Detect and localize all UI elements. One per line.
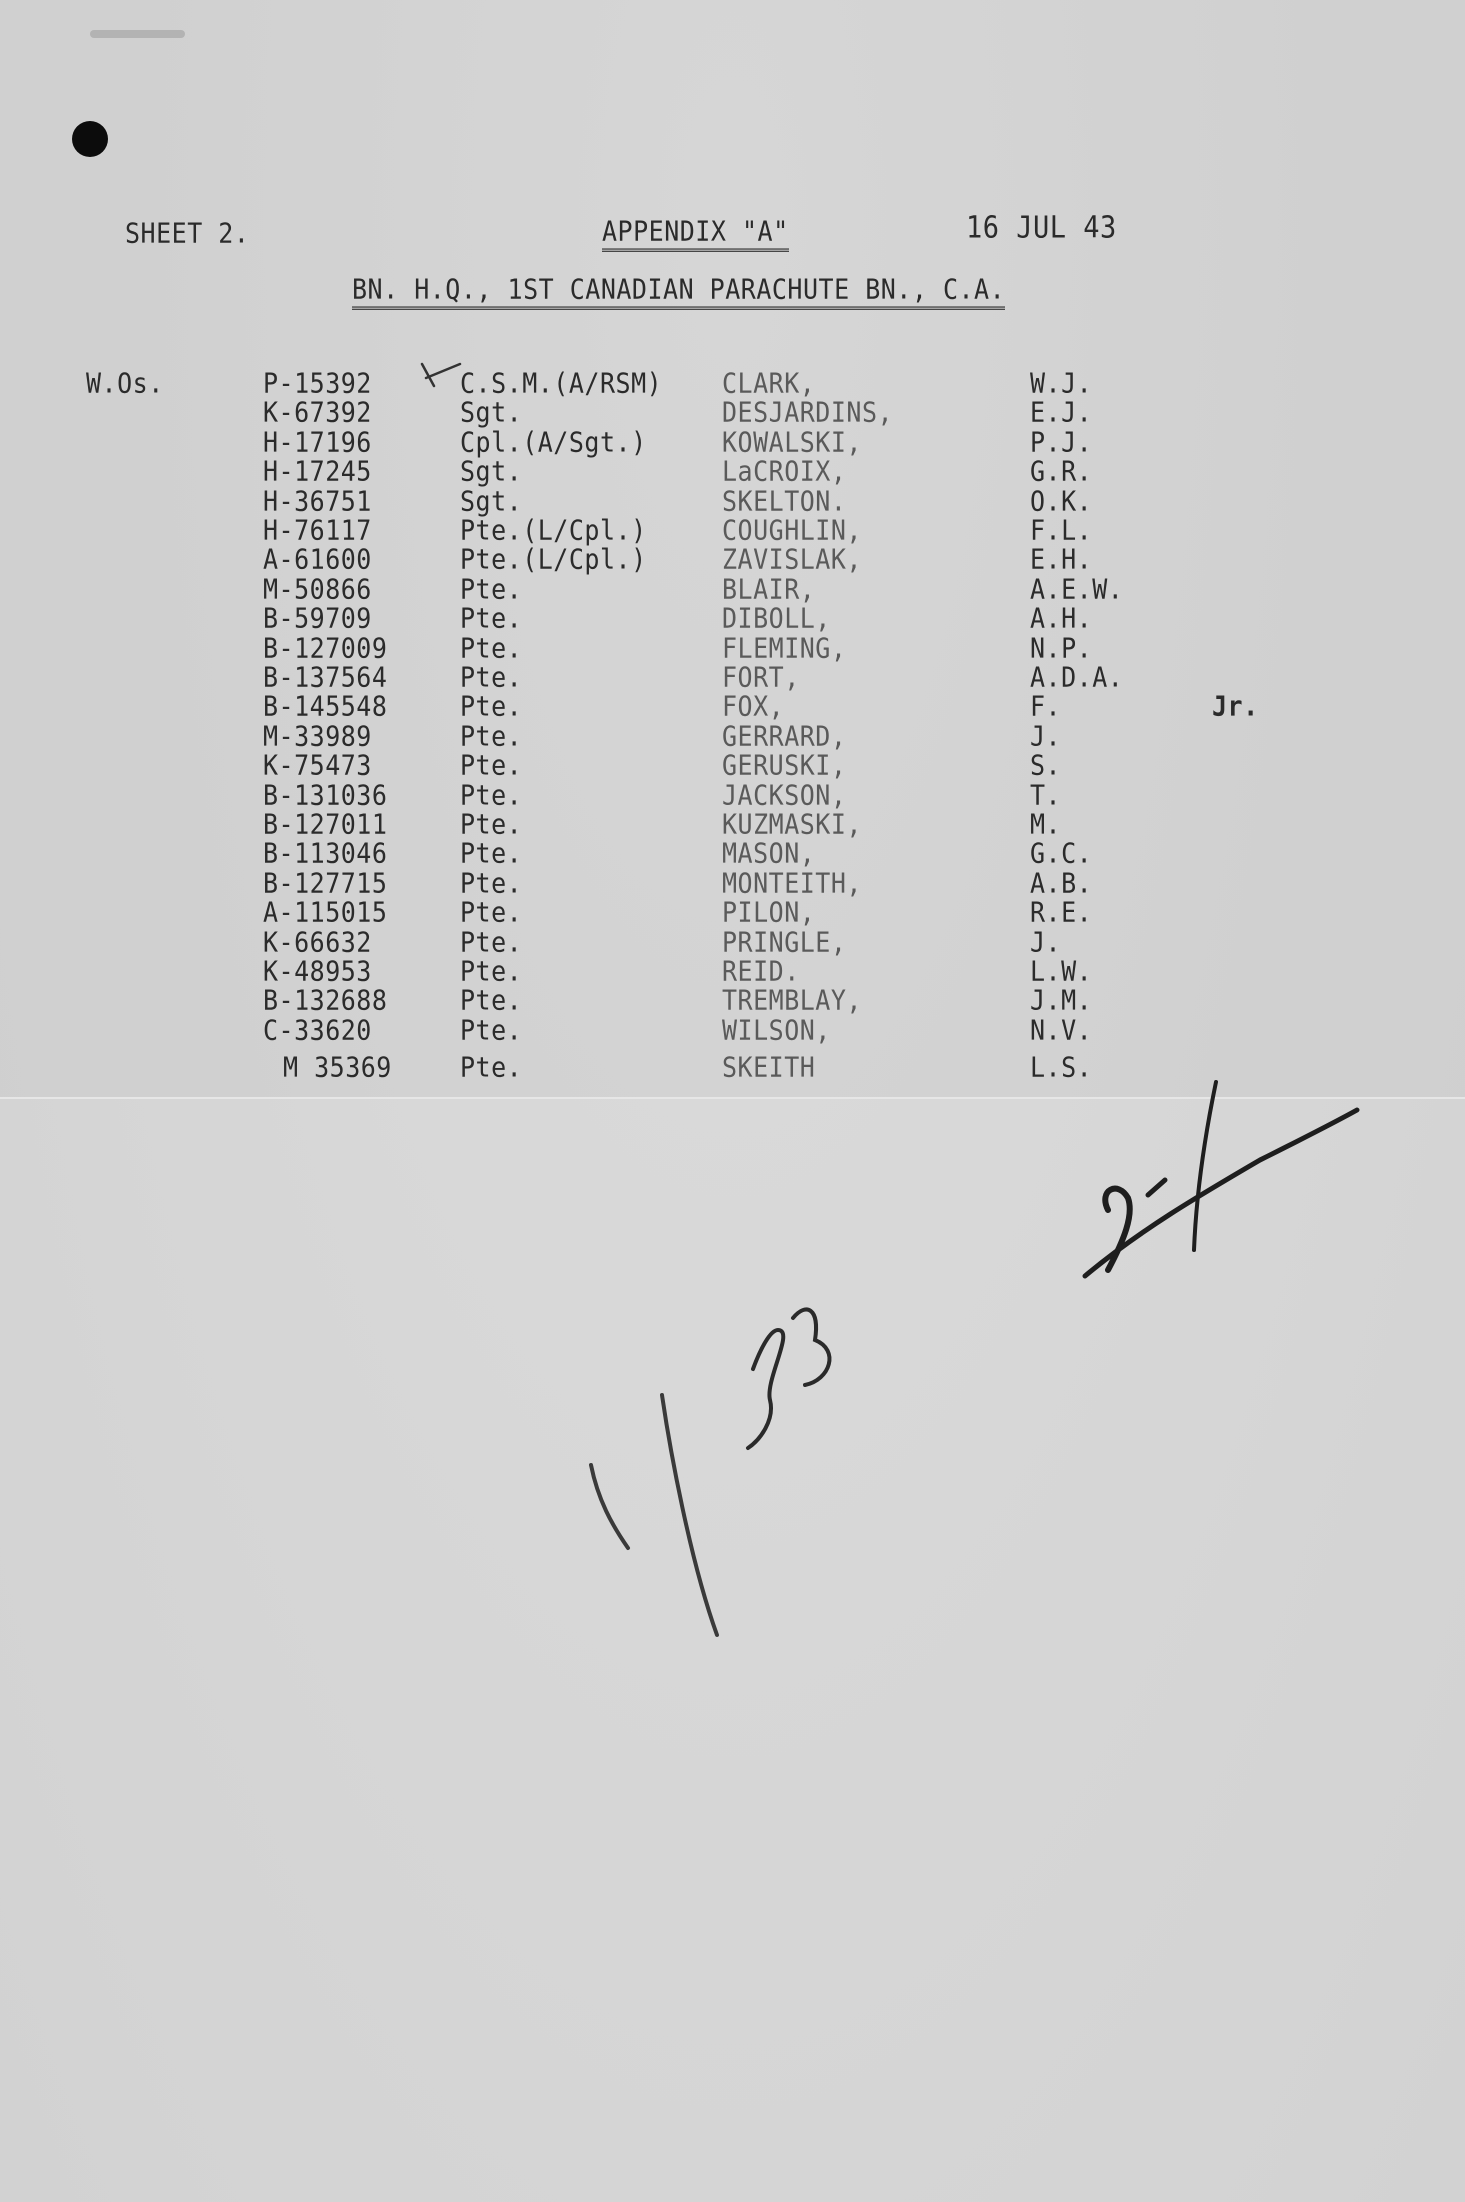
initials: E.J.	[1030, 397, 1092, 428]
sheet-label: SHEET 2.	[125, 218, 249, 249]
unit-heading-text: BN. H.Q., 1ST CANADIAN PARACHUTE BN., C.…	[352, 273, 1005, 310]
service-number: B-59709	[263, 603, 372, 634]
roster-row: B-127009Pte.FLEMING,N.P.	[0, 633, 1465, 662]
roster-row: H-17245Sgt.LaCROIX,G.R.	[0, 456, 1465, 485]
service-number: B-127011	[263, 809, 387, 840]
roster-row: H-36751Sgt.SKELTON.O.K.	[0, 486, 1465, 515]
surname: SKELTON.	[722, 486, 846, 517]
initials: J.	[1030, 927, 1061, 958]
initials: W.J.	[1030, 368, 1092, 399]
initials: J.	[1030, 721, 1061, 752]
initials: L.W.	[1030, 956, 1092, 987]
initials: F.	[1030, 691, 1061, 722]
roster-row: B-127715Pte.MONTEITH,A.B.	[0, 868, 1465, 897]
rank: Pte.	[460, 662, 522, 693]
rank: Pte.	[460, 691, 522, 722]
rank: C.S.M.(A/RSM)	[460, 368, 662, 399]
roster-row: K-67392Sgt.DESJARDINS,E.J.	[0, 397, 1465, 426]
service-number: M 35369	[283, 1052, 392, 1083]
rank: Pte.	[460, 838, 522, 869]
paper-fold-line	[0, 1097, 1465, 1099]
surname: DIBOLL,	[722, 603, 831, 634]
surname: LaCROIX,	[722, 456, 846, 487]
service-number: H-76117	[263, 515, 372, 546]
service-number: K-67392	[263, 397, 372, 428]
service-number: B-131036	[263, 780, 387, 811]
service-number: B-137564	[263, 662, 387, 693]
document-page: SHEET 2. APPENDIX "A" 16 JUL 43 BN. H.Q.…	[0, 0, 1465, 2202]
roster-row: M-33989Pte.GERRARD,J.	[0, 721, 1465, 750]
initials: O.K.	[1030, 486, 1092, 517]
initials: M.	[1030, 809, 1061, 840]
initials: A.E.W.	[1030, 574, 1123, 605]
roster-row: B-131036Pte.JACKSON,T.	[0, 780, 1465, 809]
surname: MASON,	[722, 838, 815, 869]
name-suffix: Jr.	[1212, 691, 1259, 722]
service-number: B-127715	[263, 868, 387, 899]
rank: Pte.	[460, 750, 522, 781]
roster-row: P-15392C.S.M.(A/RSM)CLARK,W.J.	[0, 368, 1465, 397]
surname: BLAIR,	[722, 574, 815, 605]
surname: REID.	[722, 956, 800, 987]
surname: MONTEITH,	[722, 868, 862, 899]
surname: CLARK,	[722, 368, 815, 399]
roster-row: K-75473Pte.GERUSKI,S.	[0, 750, 1465, 779]
service-number: B-132688	[263, 985, 387, 1016]
roster-row: M-50866Pte.BLAIR,A.E.W.	[0, 574, 1465, 603]
roster-row: B-59709Pte.DIBOLL,A.H.	[0, 603, 1465, 632]
rank: Sgt.	[460, 456, 522, 487]
surname: PILON,	[722, 897, 815, 928]
unit-heading: BN. H.Q., 1ST CANADIAN PARACHUTE BN., C.…	[352, 274, 1005, 305]
service-number: C-33620	[263, 1015, 372, 1046]
roster-row: A-115015Pte.PILON,R.E.	[0, 897, 1465, 926]
ink-smudge	[90, 30, 185, 38]
surname: FORT,	[722, 662, 800, 693]
service-number: H-17245	[263, 456, 372, 487]
rank: Pte.	[460, 574, 522, 605]
initials: F.L.	[1030, 515, 1092, 546]
roster-row: B-145548Pte.FOX,F.Jr.	[0, 691, 1465, 720]
rank: Pte.	[460, 1052, 522, 1083]
service-number: A-61600	[263, 544, 372, 575]
initials: J.M.	[1030, 985, 1092, 1016]
initials: N.P.	[1030, 633, 1092, 664]
appendix-title: APPENDIX "A"	[602, 216, 789, 247]
initials: G.C.	[1030, 838, 1092, 869]
initials: A.B.	[1030, 868, 1092, 899]
roster-row: B-113046Pte.MASON,G.C.	[0, 838, 1465, 867]
surname: TREMBLAY,	[722, 985, 862, 1016]
surname: FOX,	[722, 691, 784, 722]
appendix-title-text: APPENDIX "A"	[602, 215, 789, 252]
surname: KUZMASKI,	[722, 809, 862, 840]
punch-hole	[72, 121, 108, 157]
initials: A.H.	[1030, 603, 1092, 634]
roster-row: C-33620Pte.WILSON,N.V.	[0, 1015, 1465, 1044]
roster-row: B-137564Pte.FORT,A.D.A.	[0, 662, 1465, 691]
surname: GERRARD,	[722, 721, 846, 752]
rank: Pte.	[460, 927, 522, 958]
initials: G.R.	[1030, 456, 1092, 487]
rank: Pte.	[460, 985, 522, 1016]
initials: L.S.	[1030, 1052, 1092, 1083]
rank: Pte.	[460, 809, 522, 840]
surname: SKEITH	[722, 1052, 815, 1083]
rank: Pte.	[460, 721, 522, 752]
roster-row: K-66632Pte.PRINGLE,J.	[0, 927, 1465, 956]
service-number: P-15392	[263, 368, 372, 399]
roster-row: B-127011Pte.KUZMASKI,M.	[0, 809, 1465, 838]
initials: T.	[1030, 780, 1061, 811]
rank: Cpl.(A/Sgt.)	[460, 427, 647, 458]
surname: DESJARDINS,	[722, 397, 893, 428]
rank: Pte.	[460, 897, 522, 928]
surname: KOWALSKI,	[722, 427, 862, 458]
service-number: K-75473	[263, 750, 372, 781]
initials: R.E.	[1030, 897, 1092, 928]
service-number: M-50866	[263, 574, 372, 605]
service-number: H-36751	[263, 486, 372, 517]
handwritten-margin-mark	[591, 1395, 717, 1635]
handwritten-count-23	[748, 1309, 829, 1448]
initials: S.	[1030, 750, 1061, 781]
rank: Pte.(L/Cpl.)	[460, 544, 647, 575]
service-number: A-115015	[263, 897, 387, 928]
rank: Pte.	[460, 956, 522, 987]
rank: Pte.	[460, 780, 522, 811]
surname: JACKSON,	[722, 780, 846, 811]
service-number: K-48953	[263, 956, 372, 987]
surname: PRINGLE,	[722, 927, 846, 958]
rank: Sgt.	[460, 486, 522, 517]
rank: Pte.	[460, 603, 522, 634]
rank: Pte.(L/Cpl.)	[460, 515, 647, 546]
roster-row: M 35369Pte.SKEITHL.S.	[0, 1052, 1465, 1081]
rank: Sgt.	[460, 397, 522, 428]
rank: Pte.	[460, 633, 522, 664]
roster-row: A-61600Pte.(L/Cpl.)ZAVISLAK,E.H.	[0, 544, 1465, 573]
document-date: 16 JUL 43	[966, 213, 1117, 244]
roster-row: B-132688Pte.TREMBLAY,J.M.	[0, 985, 1465, 1014]
service-number: B-145548	[263, 691, 387, 722]
surname: ZAVISLAK,	[722, 544, 862, 575]
roster-row: H-76117Pte.(L/Cpl.)COUGHLIN,F.L.	[0, 515, 1465, 544]
roster-row: H-17196Cpl.(A/Sgt.)KOWALSKI,P.J.	[0, 427, 1465, 456]
service-number: B-127009	[263, 633, 387, 664]
initials: A.D.A.	[1030, 662, 1123, 693]
surname: WILSON,	[722, 1015, 831, 1046]
service-number: K-66632	[263, 927, 372, 958]
surname: FLEMING,	[722, 633, 846, 664]
crossed-out-count-24	[1085, 1082, 1357, 1276]
service-number: H-17196	[263, 427, 372, 458]
surname: GERUSKI,	[722, 750, 846, 781]
service-number: B-113046	[263, 838, 387, 869]
initials: N.V.	[1030, 1015, 1092, 1046]
roster-row: K-48953Pte.REID.L.W.	[0, 956, 1465, 985]
initials: E.H.	[1030, 544, 1092, 575]
rank: Pte.	[460, 868, 522, 899]
surname: COUGHLIN,	[722, 515, 862, 546]
service-number: M-33989	[263, 721, 372, 752]
rank: Pte.	[460, 1015, 522, 1046]
initials: P.J.	[1030, 427, 1092, 458]
